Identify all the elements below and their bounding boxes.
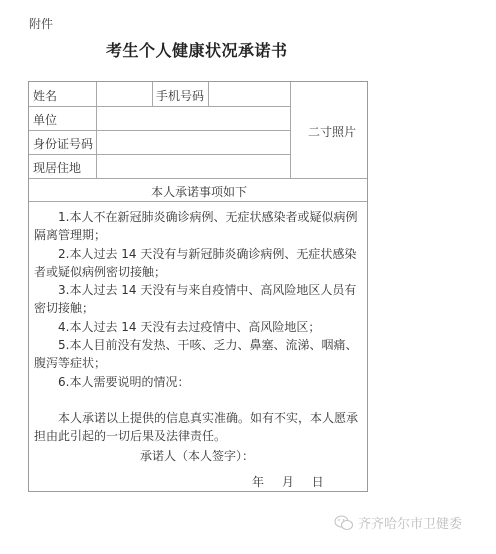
unit-label: 单位 xyxy=(33,111,57,128)
commitment-item: 1.本人不在新冠肺炎确诊病例、无症状感染者或疑似病例隔离管理期； xyxy=(34,208,364,245)
watermark-text: 齐齐哈尔市卫健委 xyxy=(358,513,462,532)
commitment-item: 4.本人过去 14 天没有去过疫情中、高风险地区； xyxy=(34,318,364,336)
commitment-header: 本人承诺事项如下 xyxy=(151,183,247,200)
address-field[interactable] xyxy=(97,155,290,178)
phone-label: 手机号码 xyxy=(156,87,204,104)
id-number-label: 身份证号码 xyxy=(33,135,93,152)
wechat-icon xyxy=(334,515,354,531)
name-label: 姓名 xyxy=(33,87,57,104)
id-number-field[interactable] xyxy=(97,131,290,154)
row-divider xyxy=(29,201,367,202)
commitment-item: 3.本人过去 14 天没有与来自疫情中、高风险地区人员有密切接触； xyxy=(34,281,364,318)
declaration-text: 本人承诺以上提供的信息真实准确。如有不实，本人愿承担由此引起的一切后果及法律责任… xyxy=(34,409,364,446)
address-label: 现居住地 xyxy=(33,159,81,176)
date-label: 年 月 日 xyxy=(252,473,324,490)
commitment-item: 5.本人目前没有发热、干咳、乏力、鼻塞、流涕、咽痛、腹泻等症状； xyxy=(34,336,364,373)
photo-placeholder: 二寸照片 xyxy=(308,123,356,140)
watermark: 齐齐哈尔市卫健委 xyxy=(334,513,462,532)
row-divider xyxy=(29,178,367,179)
document-title: 考生个人健康状况承诺书 xyxy=(106,38,288,61)
health-commitment-form: 姓名 手机号码 单位 身份证号码 现居住地 二寸照片 本人承诺事项如下 1.本人… xyxy=(28,81,368,492)
commitment-list: 1.本人不在新冠肺炎确诊病例、无症状感染者或疑似病例隔离管理期； 2.本人过去 … xyxy=(34,208,364,446)
name-field[interactable] xyxy=(97,82,152,106)
col-divider xyxy=(290,82,291,178)
phone-field[interactable] xyxy=(209,82,290,106)
commitment-item: 6.本人需要说明的情况： xyxy=(34,373,364,391)
annex-label: 附件 xyxy=(29,15,53,32)
col-divider xyxy=(152,82,153,106)
unit-field[interactable] xyxy=(97,107,290,130)
commitment-item: 2.本人过去 14 天没有与新冠肺炎确诊病例、无症状感染者或疑似病例密切接触； xyxy=(34,245,364,282)
signature-label: 承诺人（本人签字）： xyxy=(140,447,254,464)
